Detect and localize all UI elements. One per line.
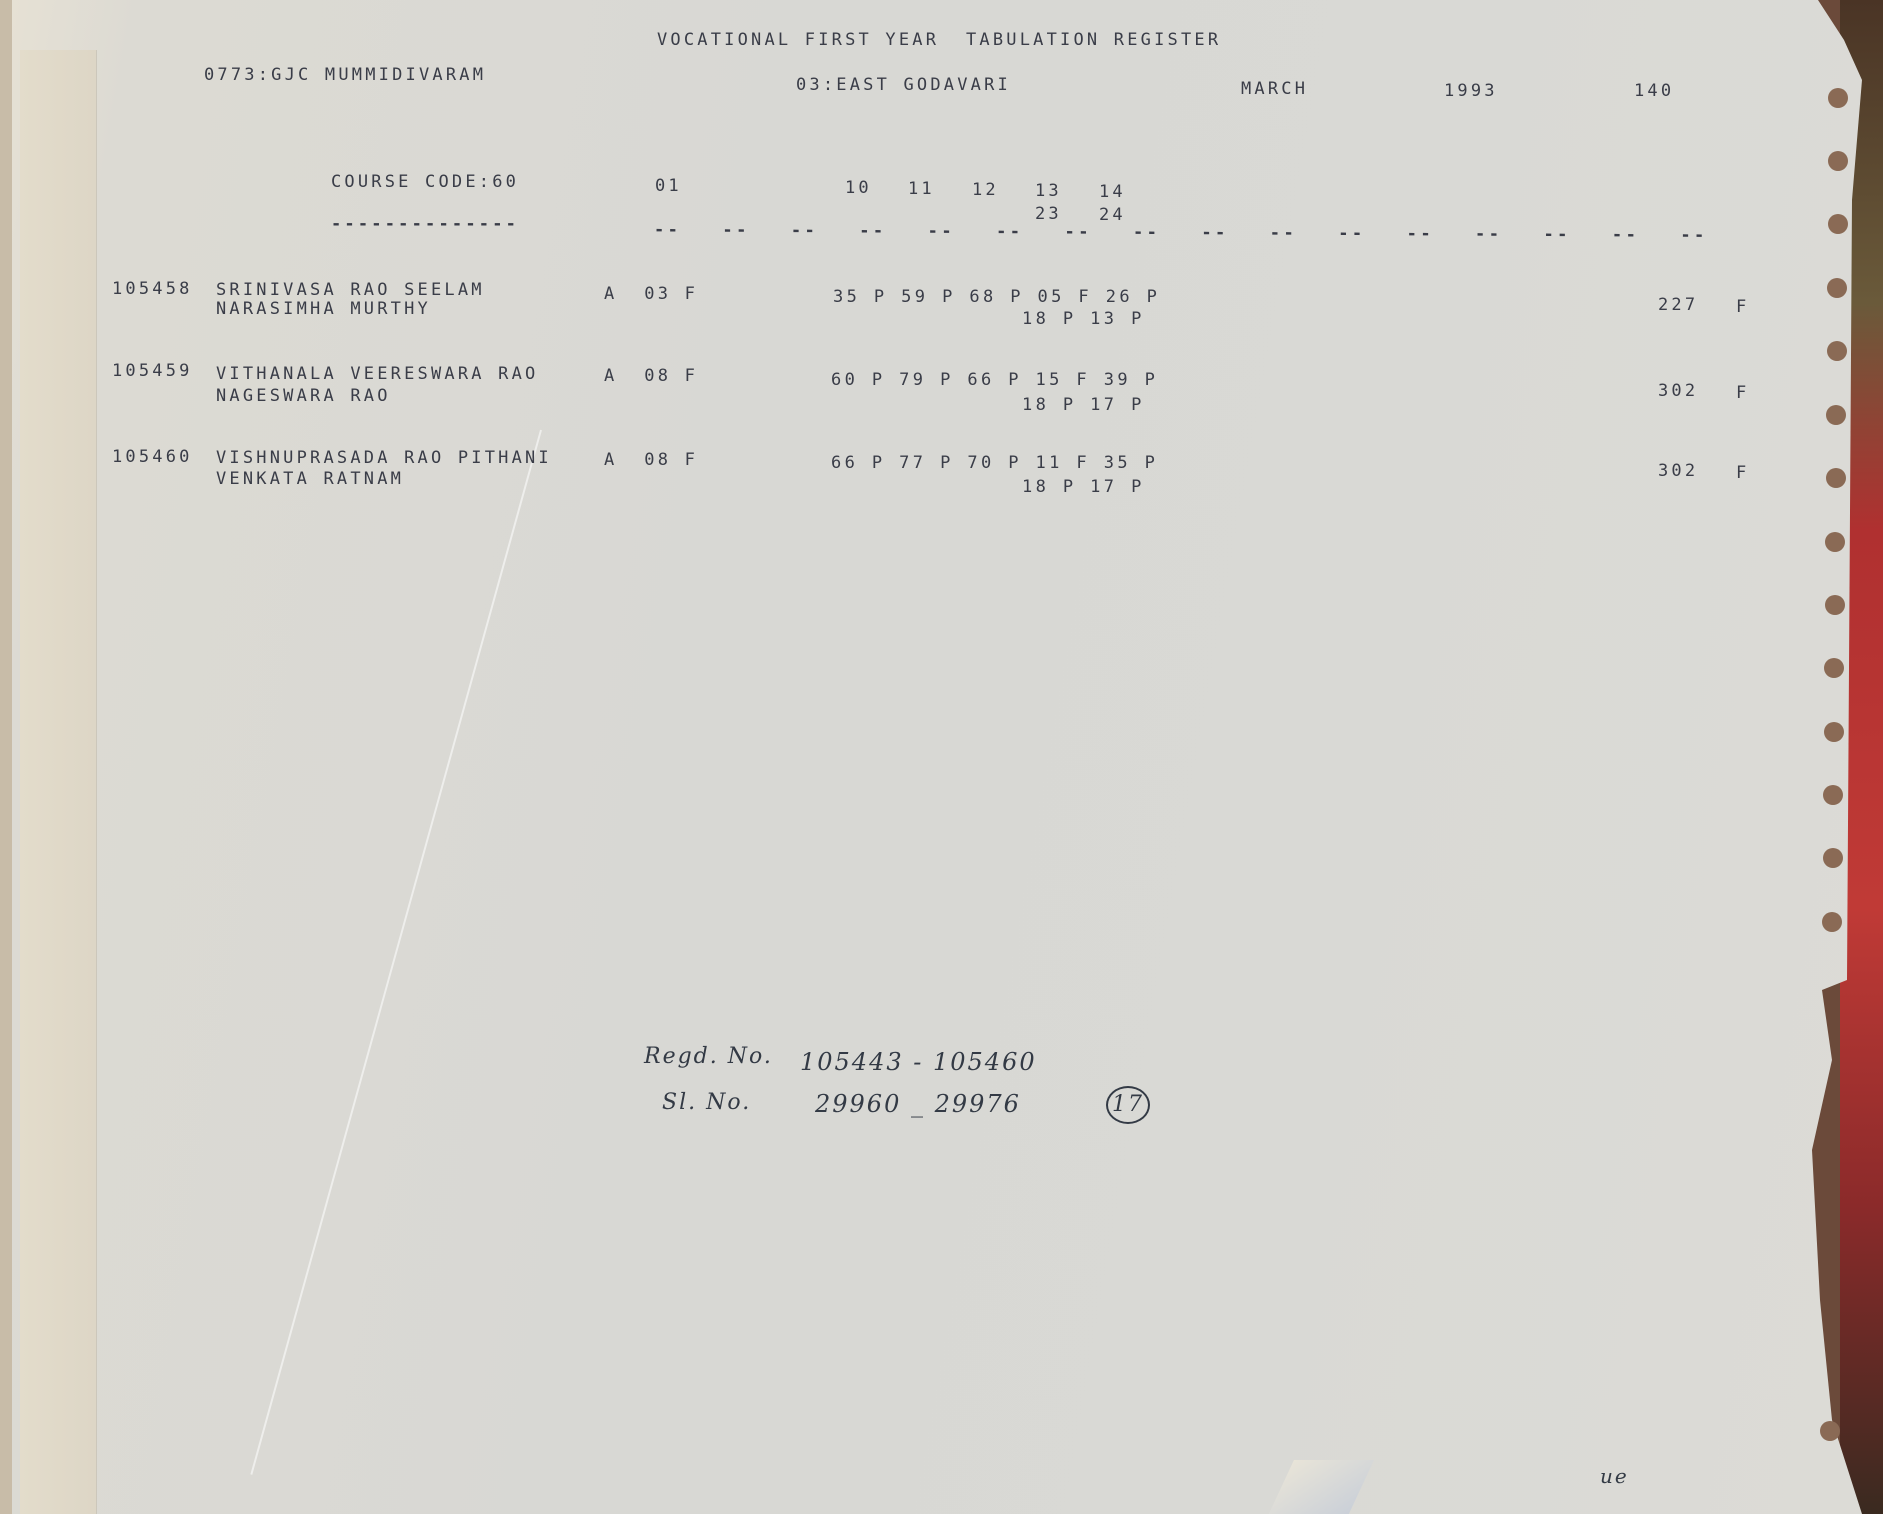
reg-number: 105459 bbox=[112, 363, 193, 380]
handwritten-initials: ue bbox=[1600, 1464, 1629, 1488]
subject-marks-row2: 18 P 13 P bbox=[1022, 311, 1145, 328]
reg-number: 105458 bbox=[112, 281, 193, 298]
perforation-hole bbox=[1828, 151, 1848, 171]
register-title: VOCATIONAL FIRST YEAR TABULATION REGISTE… bbox=[657, 32, 1221, 49]
father-name: VENKATA RATNAM bbox=[216, 471, 404, 488]
result-status: F bbox=[1736, 465, 1749, 482]
course-underline: -------------- bbox=[331, 216, 519, 233]
perforation-hole bbox=[1825, 595, 1845, 615]
subject-code-11: 11 bbox=[908, 181, 935, 198]
student-name: VITHANALA VEERESWARA RAO bbox=[216, 366, 538, 383]
reg-number: 105460 bbox=[112, 449, 193, 466]
total-marks: 302 bbox=[1658, 463, 1698, 480]
father-name: NARASIMHA MURTHY bbox=[216, 301, 431, 318]
college-code: 0773:GJC MUMMIDIVARAM bbox=[204, 67, 486, 84]
subject-marks-row1: 35 P 59 P 68 P 05 F 26 P bbox=[833, 289, 1160, 306]
perforation-hole bbox=[1828, 88, 1848, 108]
subject-marks-row2: 18 P 17 P bbox=[1022, 479, 1145, 496]
perforation-hole bbox=[1823, 848, 1843, 868]
subject-code-23: 23 bbox=[1035, 206, 1062, 223]
result-status: F bbox=[1736, 385, 1749, 402]
subject-code-12: 12 bbox=[972, 182, 999, 199]
subject-marks-row1: 60 P 79 P 66 P 15 F 39 P bbox=[831, 372, 1158, 389]
result-status: F bbox=[1736, 299, 1749, 316]
handwritten-sl-label: Sl. No. bbox=[662, 1090, 751, 1115]
total-marks: 302 bbox=[1658, 383, 1698, 400]
perforation-hole bbox=[1826, 405, 1846, 425]
handwritten-count: 17 bbox=[1106, 1086, 1150, 1124]
binding-strip bbox=[20, 50, 97, 1514]
student-name: SRINIVASA RAO SEELAM bbox=[216, 282, 485, 299]
part1-marks: A 08 F bbox=[604, 452, 698, 469]
subject-marks-row1: 66 P 77 P 70 P 11 F 35 P bbox=[831, 455, 1158, 472]
page-number: 140 bbox=[1634, 83, 1674, 100]
perforation-hole bbox=[1823, 785, 1843, 805]
perforation-hole bbox=[1827, 341, 1847, 361]
handwritten-regd-range: 105443 - 105460 bbox=[800, 1048, 1037, 1076]
student-name: VISHNUPRASADA RAO PITHANI bbox=[216, 450, 552, 467]
part1-marks: A 03 F bbox=[604, 286, 698, 303]
perforation-hole bbox=[1826, 468, 1846, 488]
circled-count: 17 bbox=[1106, 1086, 1150, 1124]
father-name: NAGESWARA RAO bbox=[216, 388, 391, 405]
perforation-hole bbox=[1828, 214, 1848, 234]
perforation-hole bbox=[1820, 1421, 1840, 1441]
handwritten-regd-label: Regd. No. bbox=[644, 1044, 773, 1069]
subject-code-13: 13 bbox=[1035, 183, 1062, 200]
district: 03:EAST GODAVARI bbox=[796, 77, 1011, 94]
perforation-hole bbox=[1824, 658, 1844, 678]
subject-code-01: 01 bbox=[655, 178, 682, 195]
part1-marks: A 08 F bbox=[604, 368, 698, 385]
perforation-hole bbox=[1824, 722, 1844, 742]
course-code: COURSE CODE:60 bbox=[331, 174, 519, 191]
total-marks: 227 bbox=[1658, 297, 1698, 314]
perforation-hole bbox=[1827, 278, 1847, 298]
subject-marks-row2: 18 P 17 P bbox=[1022, 397, 1145, 414]
perforation-hole bbox=[1825, 532, 1845, 552]
exam-year: 1993 bbox=[1444, 83, 1498, 100]
subject-code-14: 14 bbox=[1099, 184, 1126, 201]
exam-month: MARCH bbox=[1241, 81, 1308, 98]
subject-code-10: 10 bbox=[845, 180, 872, 197]
perforation-hole bbox=[1822, 912, 1842, 932]
handwritten-sl-range: 29960 _ 29976 bbox=[815, 1090, 1021, 1118]
